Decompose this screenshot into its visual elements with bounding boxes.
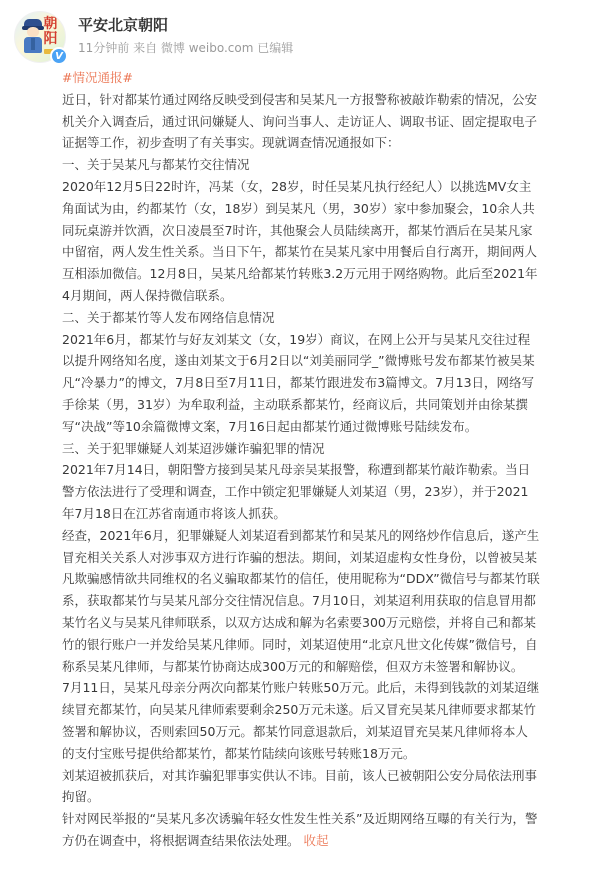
post-paragraph: 一、关于吴某凡与都某竹交往情况 <box>62 154 540 176</box>
post-paragraph: 2021年6月，都某竹与好友刘某文（女，19岁）商议，在网上公开与吴某凡交往过程… <box>62 329 540 438</box>
collapse-link[interactable]: 收起 <box>304 833 329 848</box>
post-paragraph-last: 针对网民举报的“吴某凡多次诱骗年轻女性发生性关系”及近期网络互曝的有关行为，警方… <box>62 808 540 852</box>
post-paragraph: 2020年12月5日22时许，冯某（女，28岁，时任吴某凡执行经纪人）以挑选MV… <box>62 176 540 307</box>
post-paragraph: 经查，2021年6月，犯罪嫌疑人刘某迢看到都某竹和吴某凡的网络炒作信息后，遂产生… <box>62 525 540 678</box>
avatar[interactable]: 朝 阳 V <box>14 11 66 63</box>
police-body-icon <box>24 37 42 53</box>
weibo-post: 朝 阳 V 平安北京朝阳 11分钟前 来自 微博 weibo.com 已编辑 #… <box>0 0 600 852</box>
author-name[interactable]: 平安北京朝阳 <box>78 15 293 35</box>
verified-badge-icon: V <box>50 47 68 65</box>
post-paragraph: 7月11日，吴某凡母亲分两次向都某竹账户转账50万元。此后，未得到钱款的刘某迢继… <box>62 677 540 764</box>
paragraphs-container: 近日，针对都某竹通过网络反映受到侵害和吴某凡一方报警称被敲诈勒索的情况，公安机关… <box>62 89 540 808</box>
post-paragraph: 刘某迢被抓获后，对其诈骗犯罪事实供认不讳。目前，该人已被朝阳公安分局依法刑事拘留… <box>62 765 540 809</box>
post-paragraph: 二、关于都某竹等人发布网络信息情况 <box>62 307 540 329</box>
post-content: #情况通报# 近日，针对都某竹通过网络反映受到侵害和吴某凡一方报警称被敲诈勒索的… <box>62 67 540 852</box>
avatar-char-1: 朝 <box>44 16 58 32</box>
last-paragraph-text: 针对网民举报的“吴某凡多次诱骗年轻女性发生性关系”及近期网络互曝的有关行为，警方… <box>62 811 537 848</box>
post-meta: 11分钟前 来自 微博 weibo.com 已编辑 <box>78 40 293 56</box>
post-header: 朝 阳 V 平安北京朝阳 11分钟前 来自 微博 weibo.com 已编辑 <box>14 11 600 63</box>
police-face-icon <box>27 27 39 37</box>
post-paragraph: 2021年7月14日，朝阳警方接到吴某凡母亲吴某报警，称遭到都某竹敲诈勒索。当日… <box>62 459 540 524</box>
post-paragraph: 近日，针对都某竹通过网络反映受到侵害和吴某凡一方报警称被敲诈勒索的情况，公安机关… <box>62 89 540 154</box>
header-text: 平安北京朝阳 11分钟前 来自 微博 weibo.com 已编辑 <box>78 11 293 56</box>
avatar-char-2: 阳 <box>44 31 58 47</box>
hashtag-line: #情况通报# <box>62 67 540 89</box>
hashtag-link[interactable]: #情况通报# <box>62 70 133 85</box>
post-paragraph: 三、关于犯罪嫌疑人刘某迢涉嫌诈骗犯罪的情况 <box>62 438 540 460</box>
